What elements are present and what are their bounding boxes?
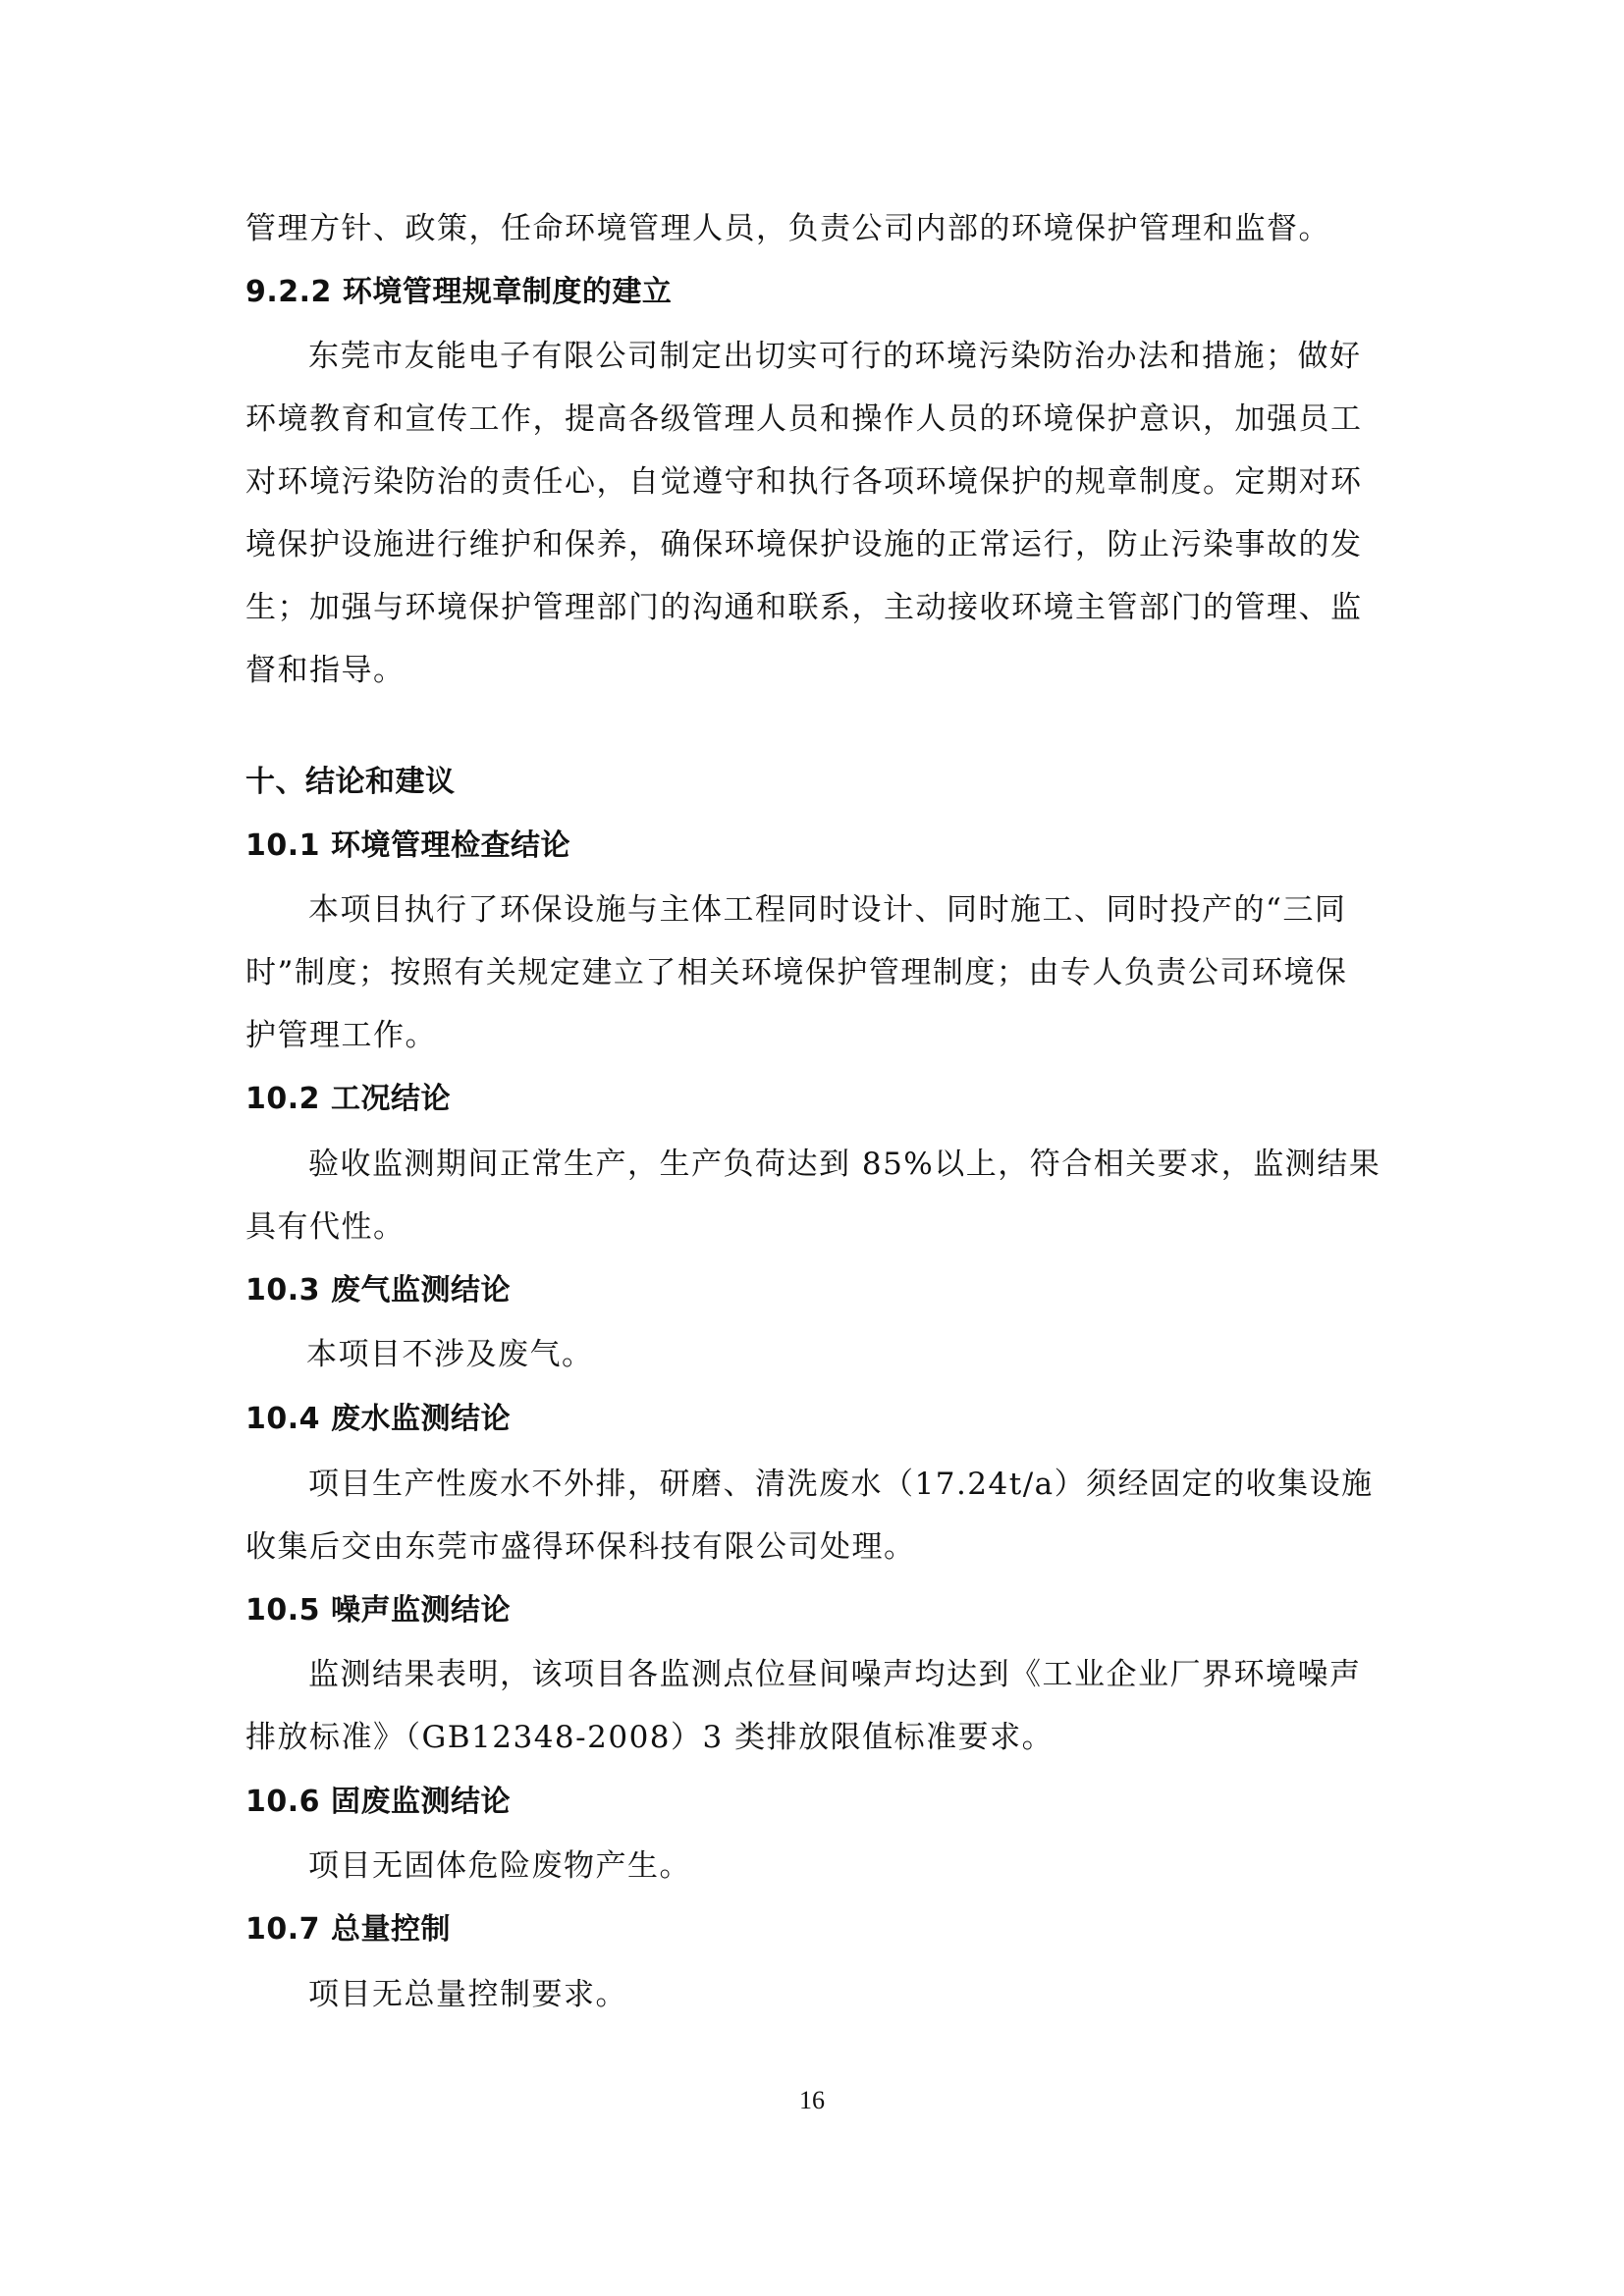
paragraph-line: 收集后交由东莞市盛得环保科技有限公司处理。: [245, 1527, 1394, 1567]
paragraph-line: 本项目不涉及废气。: [306, 1335, 1455, 1374]
paragraph-line: 对环境污染防治的责任心，自觉遵守和执行各项环境保护的规章制度。定期对环: [245, 462, 1394, 502]
paragraph-line: 护管理工作。: [245, 1016, 1394, 1055]
document-page: 管理方针、政策，任命环境管理人员，负责公司内部的环境保护管理和监督。 9.2.2…: [0, 0, 1624, 2296]
paragraph-line: 具有代性。: [245, 1207, 1394, 1247]
paragraph-line: 东莞市友能电子有限公司制定出切实可行的环境污染防治办法和措施；做好: [308, 337, 1457, 376]
section-heading-10-5: 10.5 噪声监测结论: [245, 1591, 1394, 1630]
section-heading-10-7: 10.7 总量控制: [245, 1910, 1394, 1949]
paragraph-line: 排放标准》（GB12348-2008）3 类排放限值标准要求。: [245, 1718, 1394, 1757]
paragraph-line: 本项目执行了环保设施与主体工程同时设计、同时施工、同时投产的“三同: [308, 890, 1457, 930]
paragraph-line: 监测结果表明，该项目各监测点位昼间噪声均达到《工业企业厂界环境噪声: [308, 1655, 1457, 1694]
paragraph-line: 境保护设施进行维护和保养，确保环境保护设施的正常运行，防止污染事故的发: [245, 525, 1394, 564]
paragraph-line: 项目无总量控制要求。: [308, 1975, 1457, 2014]
page-number: 16: [0, 2086, 1624, 2115]
section-heading-10-2: 10.2 工况结论: [245, 1080, 1394, 1119]
paragraph-line: 项目生产性废水不外排，研磨、清洗废水（17.24t/a）须经固定的收集设施: [308, 1465, 1457, 1504]
section-heading-10-4: 10.4 废水监测结论: [245, 1400, 1394, 1439]
paragraph-line: 生；加强与环境保护管理部门的沟通和联系，主动接收环境主管部门的管理、监: [245, 588, 1394, 627]
paragraph-line: 验收监测期间正常生产，生产负荷达到 85%以上，符合相关要求，监测结果: [308, 1145, 1457, 1184]
paragraph-line: 督和指导。: [245, 651, 1394, 690]
paragraph-line: 项目无固体危险废物产生。: [308, 1846, 1457, 1886]
section-heading-9-2-2: 9.2.2 环境管理规章制度的建立: [245, 273, 1394, 312]
paragraph-line: 时”制度；按照有关规定建立了相关环境保护管理制度；由专人负责公司环境保: [245, 953, 1394, 992]
paragraph-line: 管理方针、政策，任命环境管理人员，负责公司内部的环境保护管理和监督。: [245, 209, 1394, 248]
section-heading-10-1: 10.1 环境管理检查结论: [245, 827, 1394, 866]
section-heading-10-3: 10.3 废气监测结论: [245, 1271, 1394, 1310]
paragraph-line: 环境教育和宣传工作，提高各级管理人员和操作人员的环境保护意识，加强员工: [245, 400, 1394, 439]
chapter-heading-10: 十、结论和建议: [245, 763, 1394, 802]
section-heading-10-6: 10.6 固废监测结论: [245, 1783, 1394, 1822]
